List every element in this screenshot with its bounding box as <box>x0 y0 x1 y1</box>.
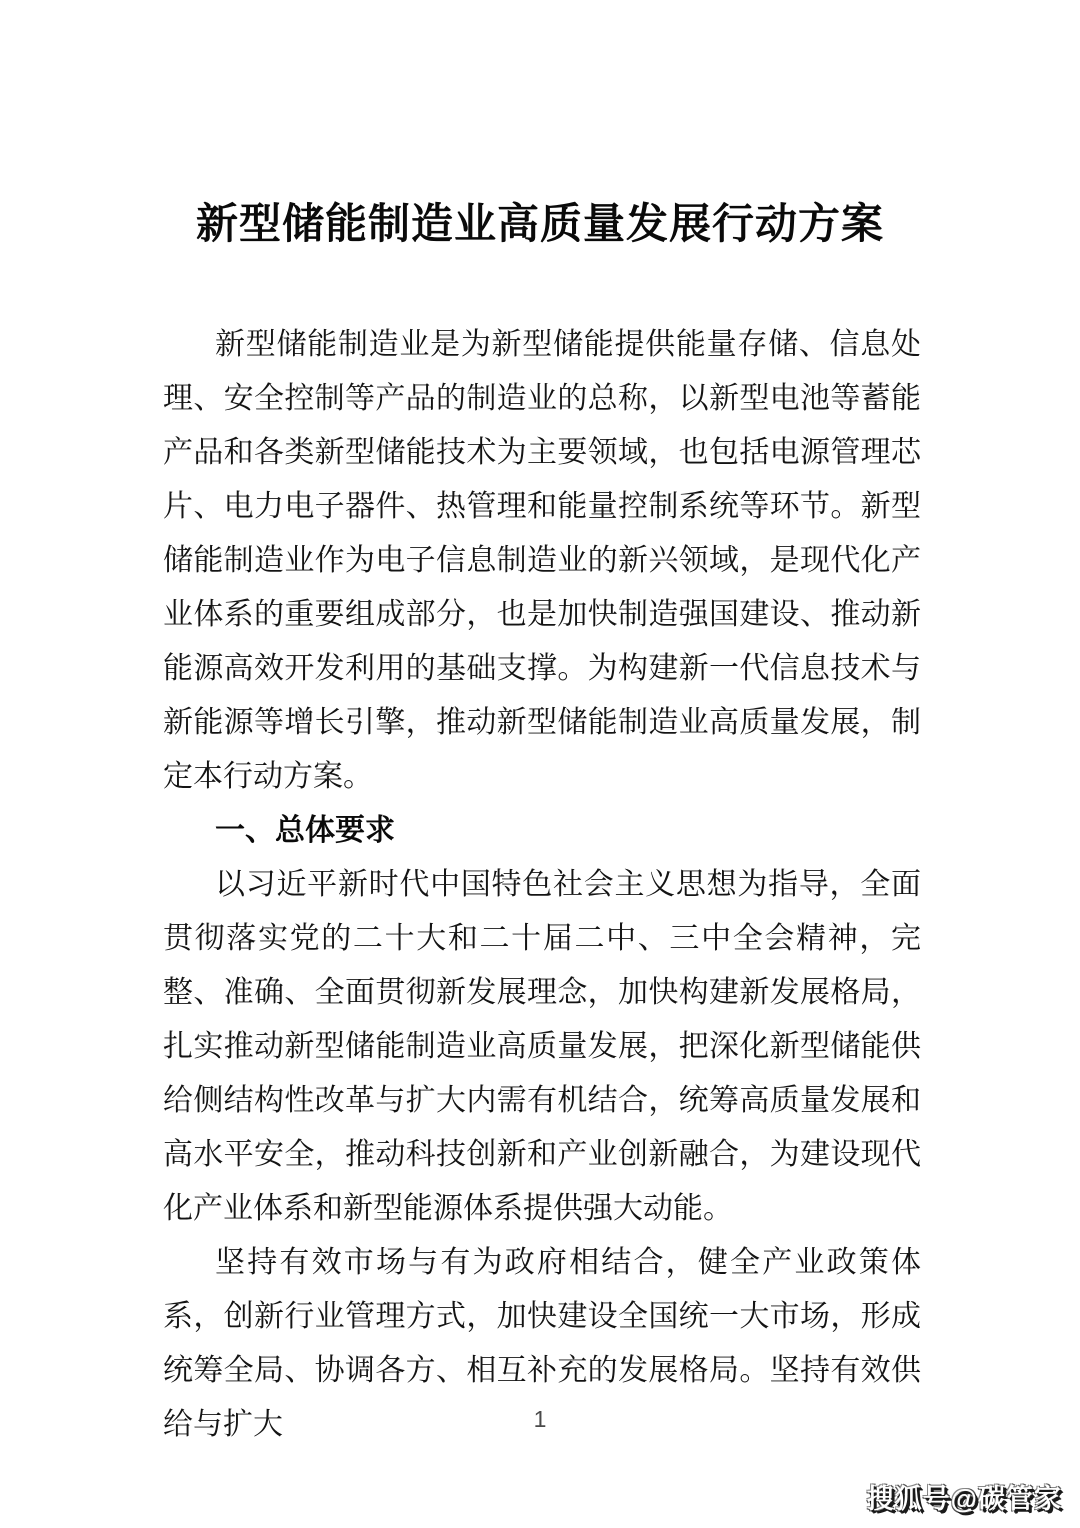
document-page: 新型储能制造业高质量发展行动方案 新型储能制造业是为新型储能提供能量存储、信息处… <box>0 0 1080 1528</box>
document-body: 新型储能制造业是为新型储能提供能量存储、信息处理、安全控制等产品的制造业的总称，… <box>163 318 921 1452</box>
section-heading-overall-requirements: 一、总体要求 <box>163 804 921 858</box>
paragraph-guiding-ideology: 以习近平新时代中国特色社会主义思想为指导，全面贯彻落实党的二十大和二十届二中、三… <box>163 858 921 1236</box>
document-title: 新型储能制造业高质量发展行动方案 <box>0 191 1080 251</box>
page-number: 1 <box>0 1406 1080 1433</box>
paragraph-intro: 新型储能制造业是为新型储能提供能量存储、信息处理、安全控制等产品的制造业的总称，… <box>163 318 921 804</box>
watermark-sohu-tanguanjia: 搜狐号@碳管家 <box>867 1477 1062 1516</box>
